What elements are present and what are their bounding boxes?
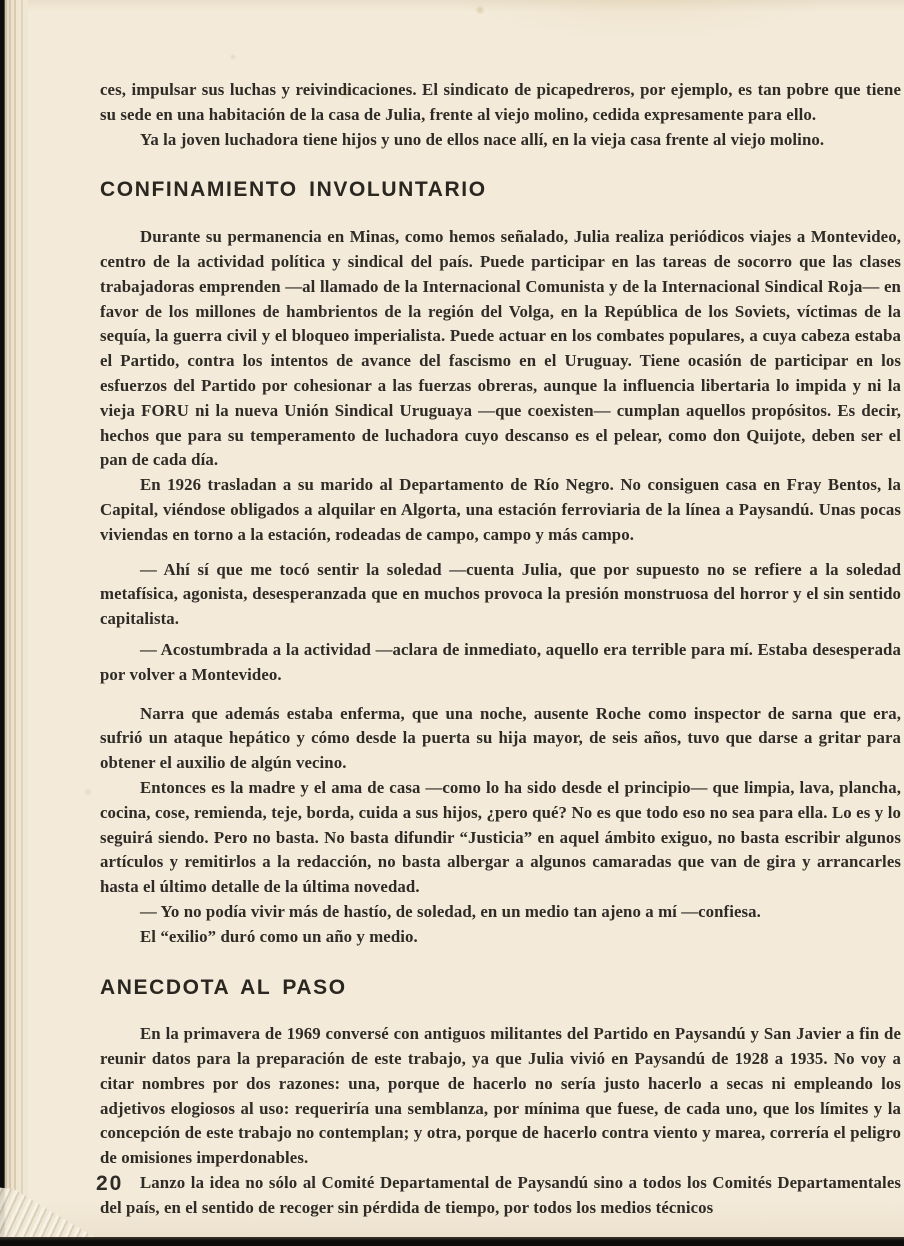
dialogue-paragraph: — Yo no podía vivir más de hastío, de so… xyxy=(100,900,901,925)
page-number: 20 xyxy=(96,1172,123,1196)
paragraph: Durante su permanencia en Minas, como he… xyxy=(100,225,901,473)
section-heading-anecdota: ANECDOTA AL PASO xyxy=(100,976,901,1001)
paragraph-continuation: ces, impulsar sus luchas y reivindicacio… xyxy=(100,78,901,128)
page-paper: ces, impulsar sus luchas y reivindicacio… xyxy=(28,0,904,1238)
paragraph: Narra que además estaba enferma, que una… xyxy=(100,702,901,776)
scanned-book-page: ces, impulsar sus luchas y reivindicacio… xyxy=(0,0,904,1246)
book-page-edges xyxy=(0,0,30,1240)
paragraph: Lanzo la idea no sólo al Comité Departam… xyxy=(100,1171,901,1221)
paragraph: En 1926 trasladan a su marido al Departa… xyxy=(100,473,901,547)
body-text: ces, impulsar sus luchas y reivindicacio… xyxy=(100,78,901,1221)
paragraph: Ya la joven luchadora tiene hijos y uno … xyxy=(100,128,901,153)
scanner-bottom-bar xyxy=(0,1237,904,1246)
dialogue-paragraph: — Ahí sí que me tocó sentir la soledad —… xyxy=(100,558,901,632)
section-heading-confinamiento: CONFINAMIENTO INVOLUNTARIO xyxy=(100,178,901,203)
paragraph: Entonces es la madre y el ama de casa —c… xyxy=(100,776,901,900)
paragraph: En la primavera de 1969 conversé con ant… xyxy=(100,1022,901,1171)
dialogue-paragraph: — Acostumbrada a la actividad —aclara de… xyxy=(100,638,901,688)
paragraph: El “exilio” duró como un año y medio. xyxy=(100,925,901,950)
